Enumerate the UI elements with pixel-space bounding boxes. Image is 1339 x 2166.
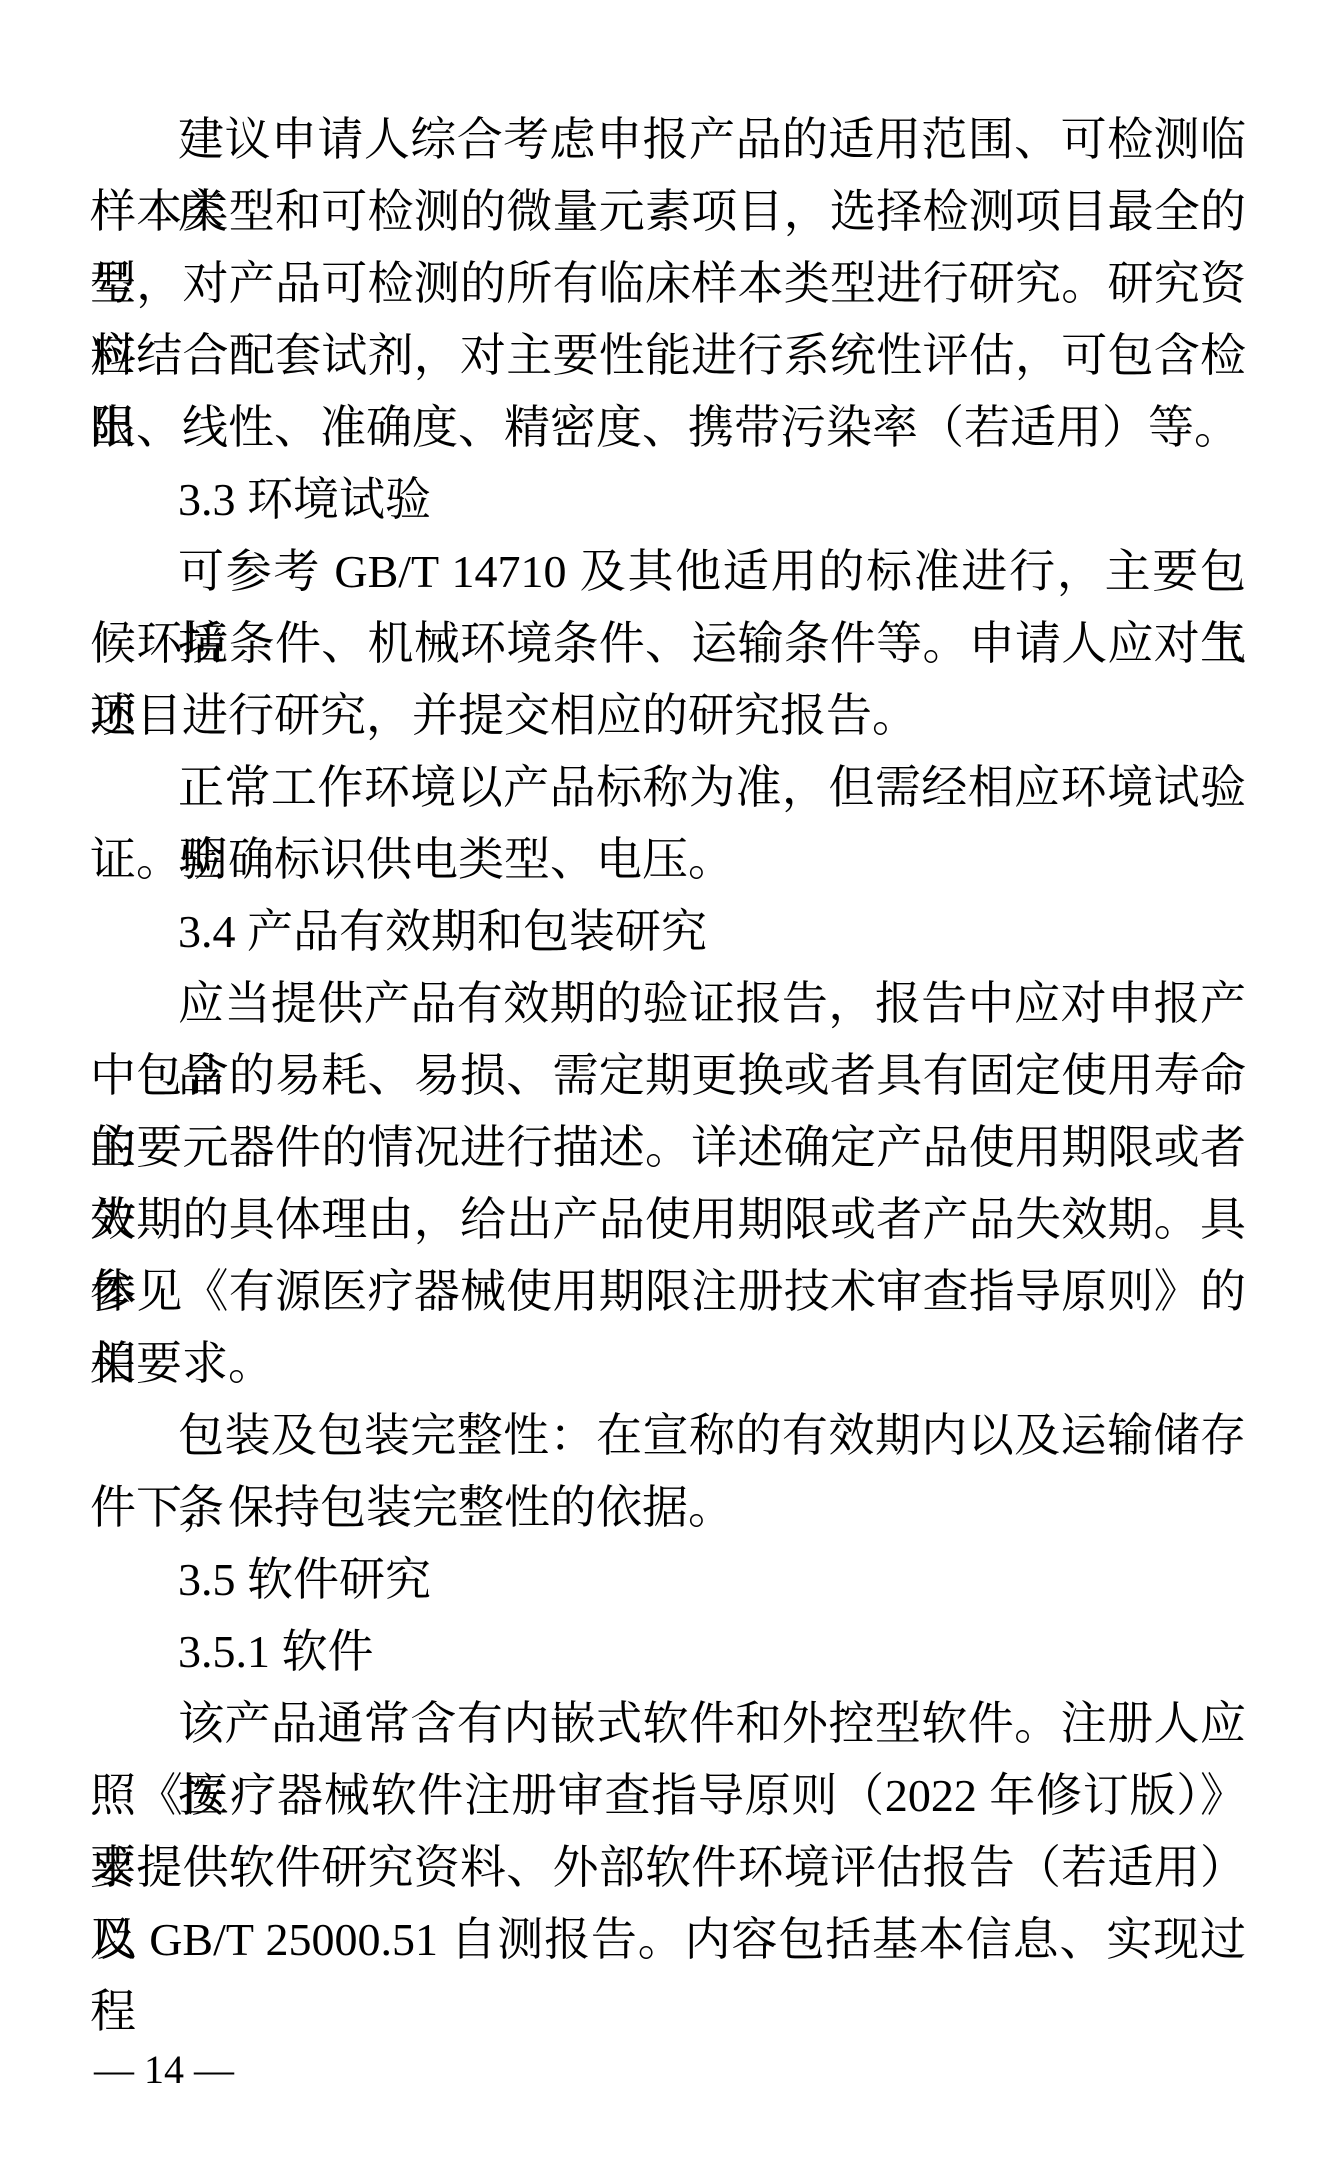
section-heading-3-4: 3.4 产品有效期和包装研究	[90, 896, 1246, 968]
document-page: 建议申请人综合考虑申报产品的适用范围、可检测临床 样本类型和可检测的微量元素项目…	[0, 0, 1339, 2166]
text-line: 正常工作环境以产品标称为准，但需经相应环境试验验	[90, 752, 1246, 824]
text-line: 样本类型和可检测的微量元素项目，选择检测项目最全的型	[90, 176, 1246, 248]
text-line: 包装及包装完整性：在宣称的有效期内以及运输储存条	[90, 1400, 1246, 1472]
section-heading-3-5-1: 3.5.1 软件	[90, 1616, 1246, 1688]
text-line: 中包含的易耗、易损、需定期更换或者具有固定使用寿命的	[90, 1040, 1246, 1112]
text-line: 限、线性、准确度、精密度、携带污染率（若适用）等。	[90, 392, 1246, 464]
page-number: — 14 —	[94, 2048, 234, 2092]
text-line: 该产品通常含有内嵌式软件和外控型软件。注册人应按	[90, 1688, 1246, 1760]
text-line: 建议申请人综合考虑申报产品的适用范围、可检测临床	[90, 104, 1246, 176]
text-line: 应结合配套试剂，对主要性能进行系统性评估，可包含检出	[90, 320, 1246, 392]
text-line: 证。明确标识供电类型、电压。	[90, 824, 1246, 896]
text-line: 及 GB/T 25000.51 自测报告。内容包括基本信息、实现过程	[90, 1904, 1246, 1976]
text-line: 求提供软件研究资料、外部软件环境评估报告（若适用）以	[90, 1832, 1246, 1904]
document-text-block: 建议申请人综合考虑申报产品的适用范围、可检测临床 样本类型和可检测的微量元素项目…	[90, 104, 1246, 1976]
section-heading-3-5: 3.5 软件研究	[90, 1544, 1246, 1616]
section-heading-3-3: 3.3 环境试验	[90, 464, 1246, 536]
text-line: 项目进行研究，并提交相应的研究报告。	[90, 680, 1246, 752]
text-line: 关要求。	[90, 1328, 1246, 1400]
text-line: 候环境条件、机械环境条件、运输条件等。申请人应对上述	[90, 608, 1246, 680]
text-line: 参见《有源医疗器械使用期限注册技术审查指导原则》的相	[90, 1256, 1246, 1328]
text-line: 件下，保持包装完整性的依据。	[90, 1472, 1246, 1544]
text-line: 应当提供产品有效期的验证报告，报告中应对申报产品	[90, 968, 1246, 1040]
text-line: 效期的具体理由，给出产品使用期限或者产品失效期。具体	[90, 1184, 1246, 1256]
text-line: 号，对产品可检测的所有临床样本类型进行研究。研究资料	[90, 248, 1246, 320]
text-line: 照《医疗器械软件注册审查指导原则（2022 年修订版）》要	[90, 1760, 1246, 1832]
text-line: 可参考 GB/T 14710 及其他适用的标准进行，主要包括气	[90, 536, 1246, 608]
text-line: 主要元器件的情况进行描述。详述确定产品使用期限或者失	[90, 1112, 1246, 1184]
